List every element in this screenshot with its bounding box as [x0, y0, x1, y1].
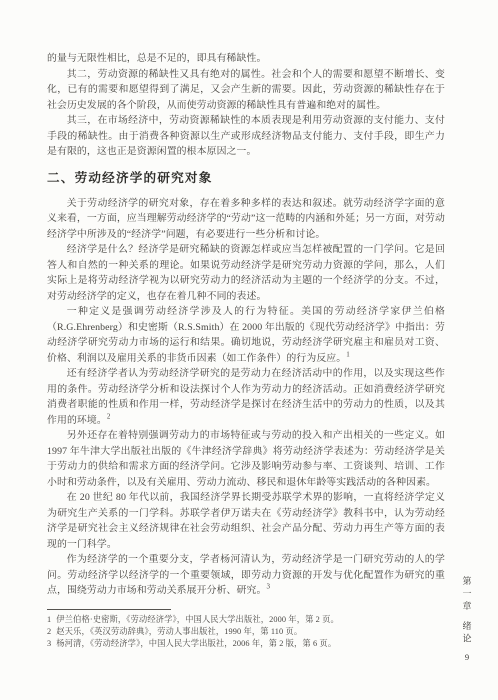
section-heading: 二、劳动经济学的研究对象 — [47, 167, 445, 186]
footnote-number: 3 — [47, 639, 51, 648]
paragraph: 经济学是什么？经济学是研究稀缺的资源怎样或应当怎样被配置的一门学问。它是回答人和… — [47, 242, 445, 304]
page-number: 9 — [459, 652, 475, 662]
paragraph: 的量与无限性相比，总是不足的，即具有稀缺性。 — [47, 51, 445, 67]
paragraph: 另外还存在着特别强调劳动力的市场特征或与劳动的投入和产出相关的一些定义。如 19… — [47, 428, 445, 490]
footnote: 2赵天乐，《英汉劳动辞典》，劳动人事出版社，1990 年，第 110 页。 — [47, 626, 445, 638]
footnote-number: 2 — [47, 627, 51, 636]
body-paragraphs: 关于劳动经济学的研究对象，存在着多种多样的表达和叙述。就劳动经济学字面的意义来看… — [47, 196, 445, 599]
footnote-divider — [47, 609, 171, 610]
footnote-ref: 2 — [107, 412, 111, 420]
footnote: 1伊兰伯格·史密斯，《劳动经济学》，中国人民大学出版社，2000 年，第 2 页… — [47, 614, 445, 626]
paragraph: 作为经济学的一个重要分支，学者杨河清认为，劳动经济学是一门研究劳动的人的学问。劳… — [47, 552, 445, 599]
chapter-label: 第一章 — [462, 576, 472, 614]
paragraph: 还有经济学者认为劳动经济学研究的是劳动力在经济活动中的作用，以及实现这些作用的条… — [47, 366, 445, 428]
book-page: 的量与无限性相比，总是不足的，即具有稀缺性。其二，劳动资源的稀缺性又具有绝对的属… — [0, 0, 498, 700]
footnote-number: 1 — [47, 615, 51, 624]
paragraph: 关于劳动经济学的研究对象，存在着多种多样的表达和叙述。就劳动经济学字面的意义来看… — [47, 196, 445, 243]
paragraph: 在 20 世纪 80 年代以前，我国经济学界长期受苏联学术界的影响，一直将经济学… — [47, 490, 445, 552]
text-column: 的量与无限性相比，总是不足的，即具有稀缺性。其二，劳动资源的稀缺性又具有绝对的属… — [47, 51, 445, 650]
section-label: 绪论 — [462, 621, 472, 646]
footnotes-block: 1伊兰伯格·史密斯，《劳动经济学》，中国人民大学出版社，2000 年，第 2 页… — [47, 614, 445, 651]
footnote: 3杨河清，《劳动经济学》，中国人民大学出版社，2006 年，第 2 版，第 6 … — [47, 638, 445, 650]
body-paragraphs-top: 的量与无限性相比，总是不足的，即具有稀缺性。其二，劳动资源的稀缺性又具有绝对的属… — [47, 51, 445, 160]
paragraph: 一种定义是强调劳动经济学涉及人的行为特征。美国的劳动经济学家伊兰伯格（R.G.E… — [47, 304, 445, 366]
paragraph: 其二，劳动资源的稀缺性又具有绝对的属性。社会和个人的需要和愿望不断增长、变化，已… — [47, 67, 445, 114]
running-header-vertical: 第一章绪论 — [461, 576, 474, 646]
footnote-ref: 1 — [346, 350, 350, 358]
footnote-ref: 3 — [266, 583, 270, 591]
paragraph: 其三，在市场经济中，劳动资源稀缺性的本质表现是利用劳动资源的支付能力、支付手段的… — [47, 113, 445, 160]
page-margin-strip: 第一章绪论 9 — [459, 576, 475, 662]
